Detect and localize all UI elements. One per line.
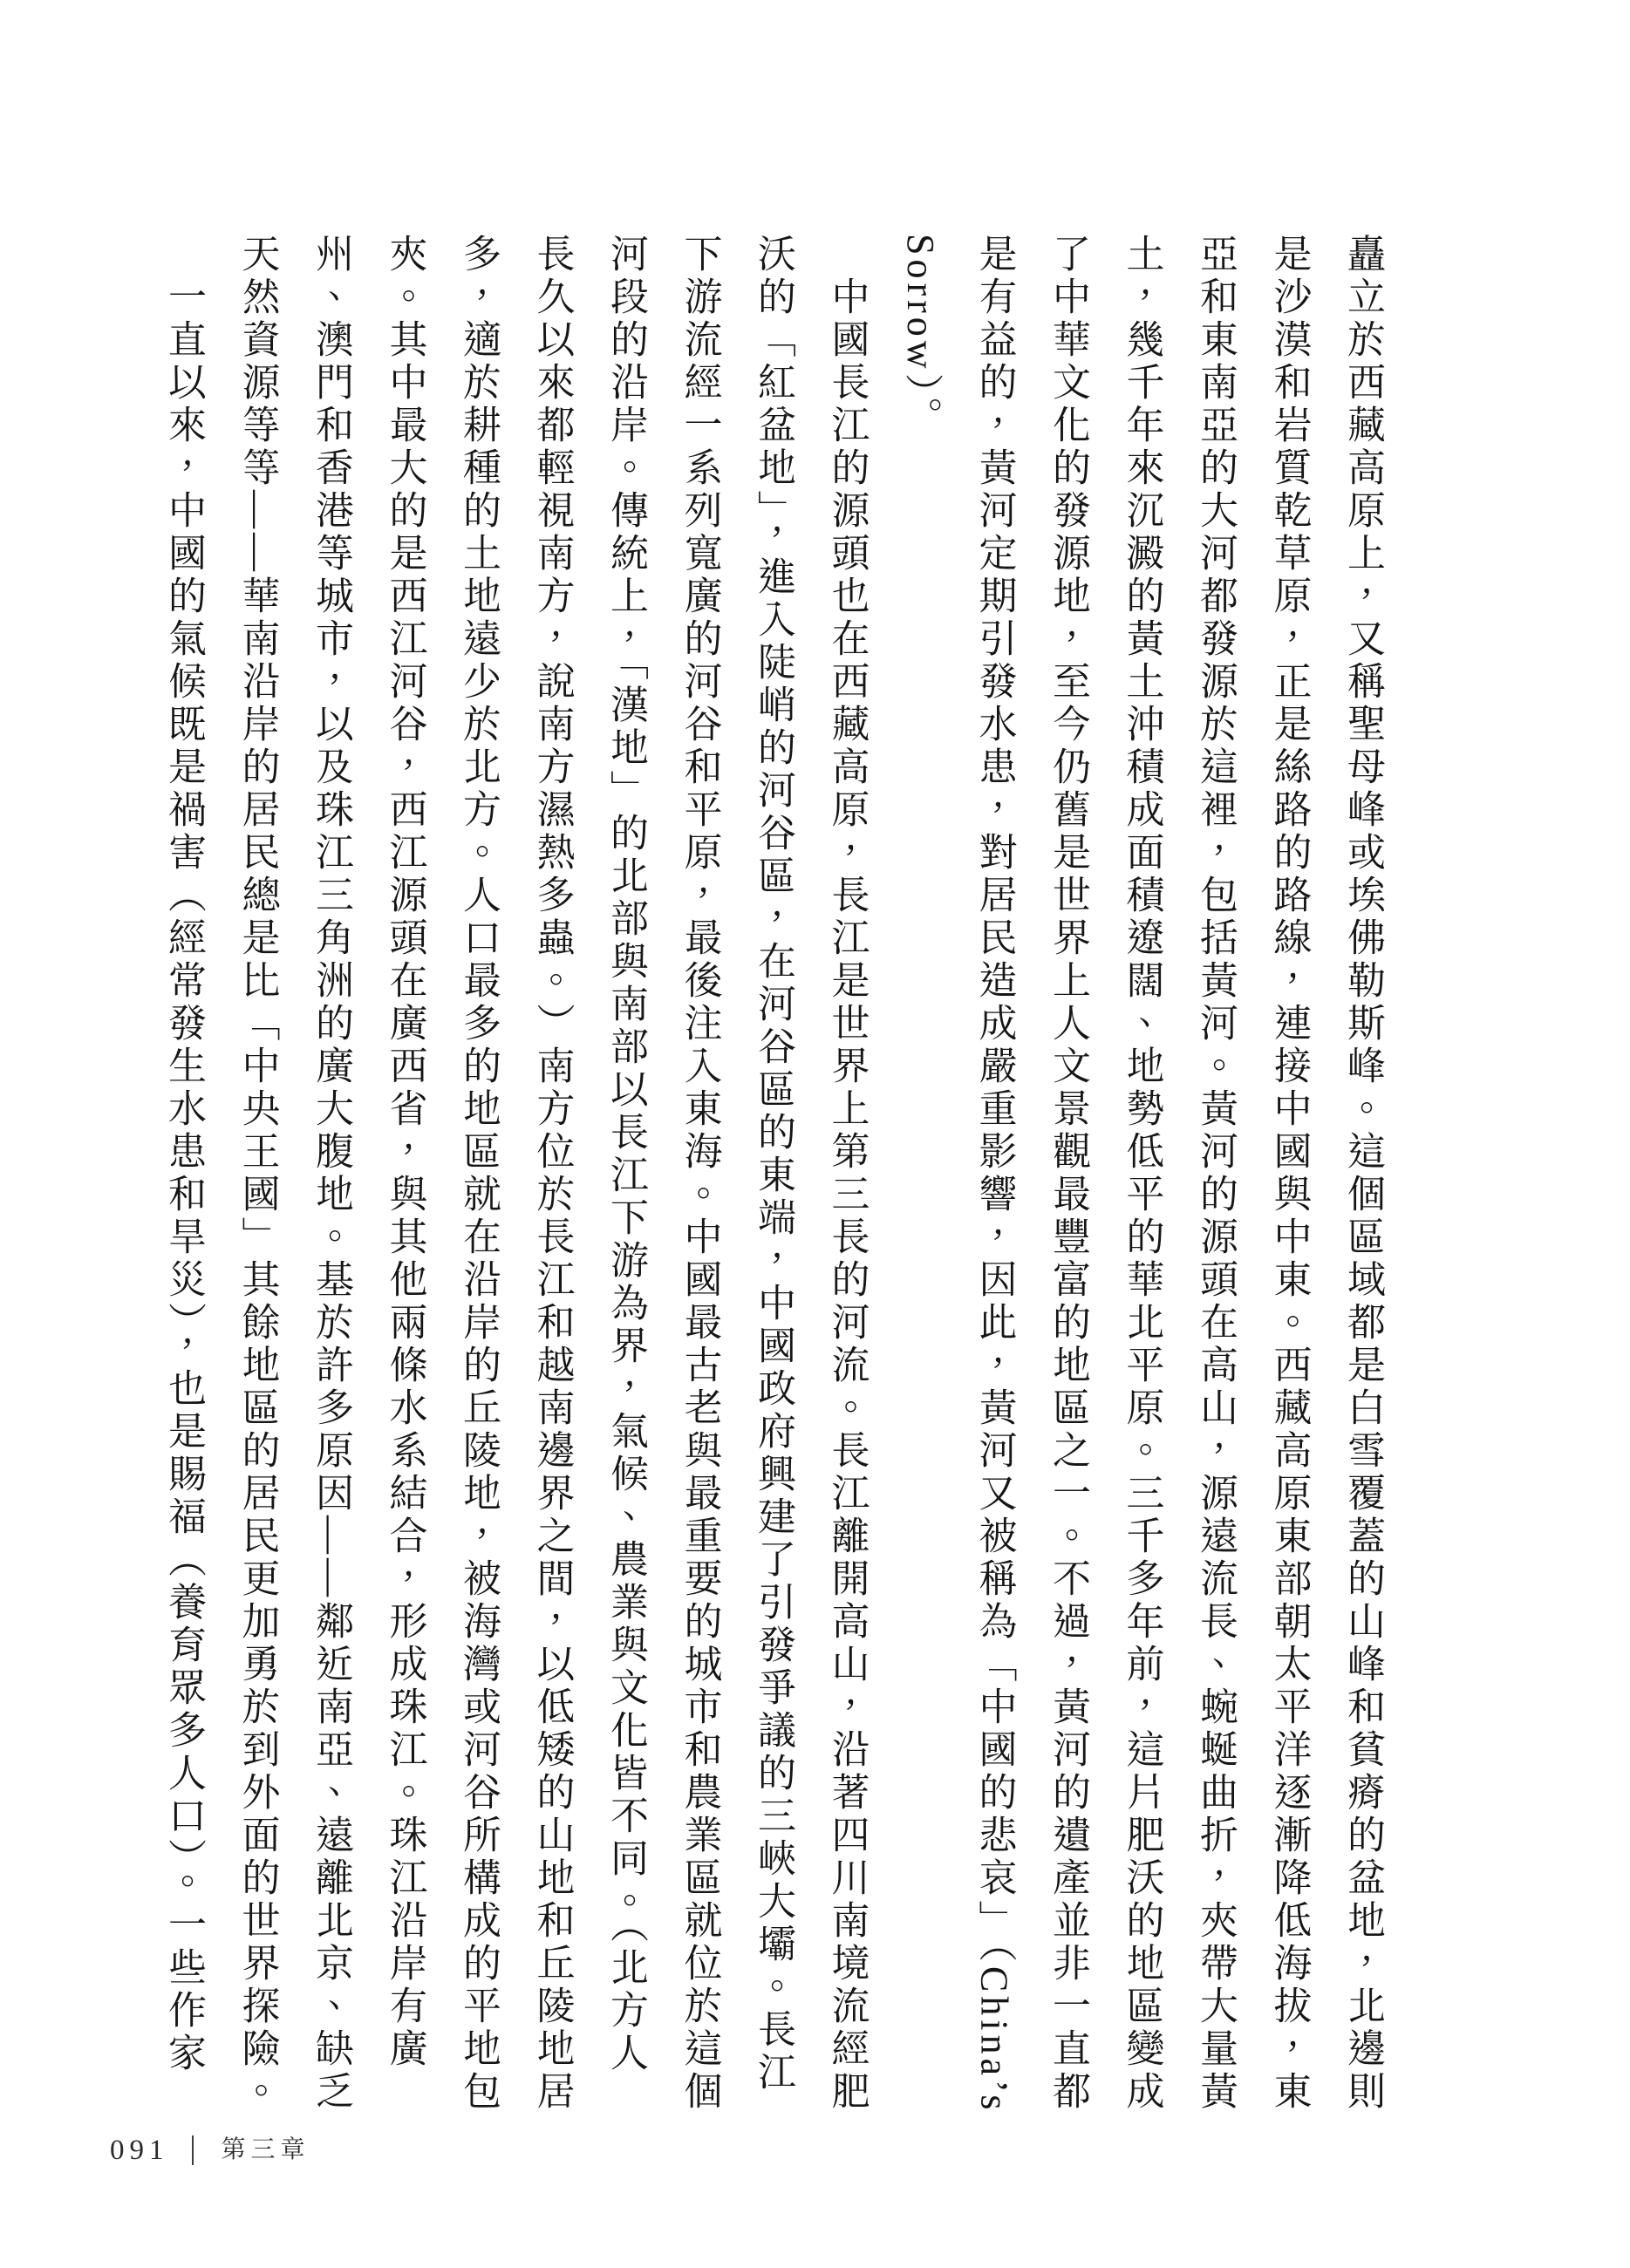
- chapter-label: 第三章: [222, 2134, 310, 2167]
- text-column: 一直以來，中國的氣候既是禍害（經常發生水患和旱災），也是賜福（養育眾多人口）。一…: [164, 234, 202, 2075]
- footer: 091 第三章: [110, 2134, 310, 2167]
- text-column: Sorrow）。: [901, 234, 939, 439]
- text-column: 多，適於耕種的土地遠少於北方。人口最多的地區就在沿岸的丘陵地，被海灣或河谷所構成…: [459, 234, 497, 2114]
- text-column: 是沙漠和岩質乾草原，正是絲路的路線，連接中國與中東。西藏高原東部朝太平洋逐漸降低…: [1270, 234, 1308, 2114]
- text-column: 河段的沿岸。傳統上，「漢地」的北部與南部以長江下游為界，氣候、農業與文化皆不同。…: [606, 234, 644, 2075]
- page-number: 091: [110, 2134, 169, 2167]
- text-column: 中國長江的源頭也在西藏高原，長江是世界上第三長的河流。長江離開高山，沿著四川南境…: [828, 234, 866, 2114]
- text-column: 長久以來都輕視南方，說南方濕熱多蟲。）南方位於長江和越南邊界之間，以低矮的山地和…: [533, 234, 571, 2114]
- text-column: 天然資源等等——華南沿岸的居民總是比「中央王國」其餘地區的居民更加勇於到外面的世…: [238, 234, 276, 2114]
- text-column: 沃的「紅盆地」，進入陡峭的河谷區，在河谷區的東端，中國政府興建了引發爭議的三峽大…: [754, 234, 792, 2094]
- book-page: 矗立於西藏高原上，又稱聖母峰或埃佛勒斯峰。這個區域都是白雪覆蓋的山峰和貧瘠的盆地…: [0, 0, 1630, 2268]
- text-column: 州、澳門和香港等城市，以及珠江三角洲的廣大腹地。基於許多原因——鄰近南亞、遠離北…: [311, 234, 350, 2114]
- text-column: 土，幾千年來沉澱的黃土沖積成面積遼闊、地勢低平的華北平原。三千多年前，這片肥沃的…: [1122, 234, 1161, 2114]
- text-column: 矗立於西藏高原上，又稱聖母峰或埃佛勒斯峰。這個區域都是白雪覆蓋的山峰和貧瘠的盆地…: [1343, 234, 1381, 2114]
- text-column: 亞和東南亞的大河都發源於這裡，包括黃河。黃河的源頭在高山，源遠流長、蜿蜒曲折，夾…: [1196, 234, 1234, 2114]
- text-column: 下游流經一系列寬廣的河谷和平原，最後注入東海。中國最古老與最重要的城市和農業區就…: [680, 234, 719, 2114]
- footer-divider: [192, 2135, 194, 2165]
- text-column: 是有益的，黃河定期引發水患，對居民造成嚴重影響，因此，黃河又被稱為「中國的悲哀」…: [975, 234, 1013, 2114]
- text-column: 夾。其中最大的是西江河谷，西江源頭在廣西省，與其他兩條水系結合，形成珠江。珠江沿…: [385, 234, 424, 2071]
- text-column: 了中華文化的發源地，至今仍舊是世界上人文景觀最豐富的地區之一。不過，黃河的遺產並…: [1048, 234, 1087, 2114]
